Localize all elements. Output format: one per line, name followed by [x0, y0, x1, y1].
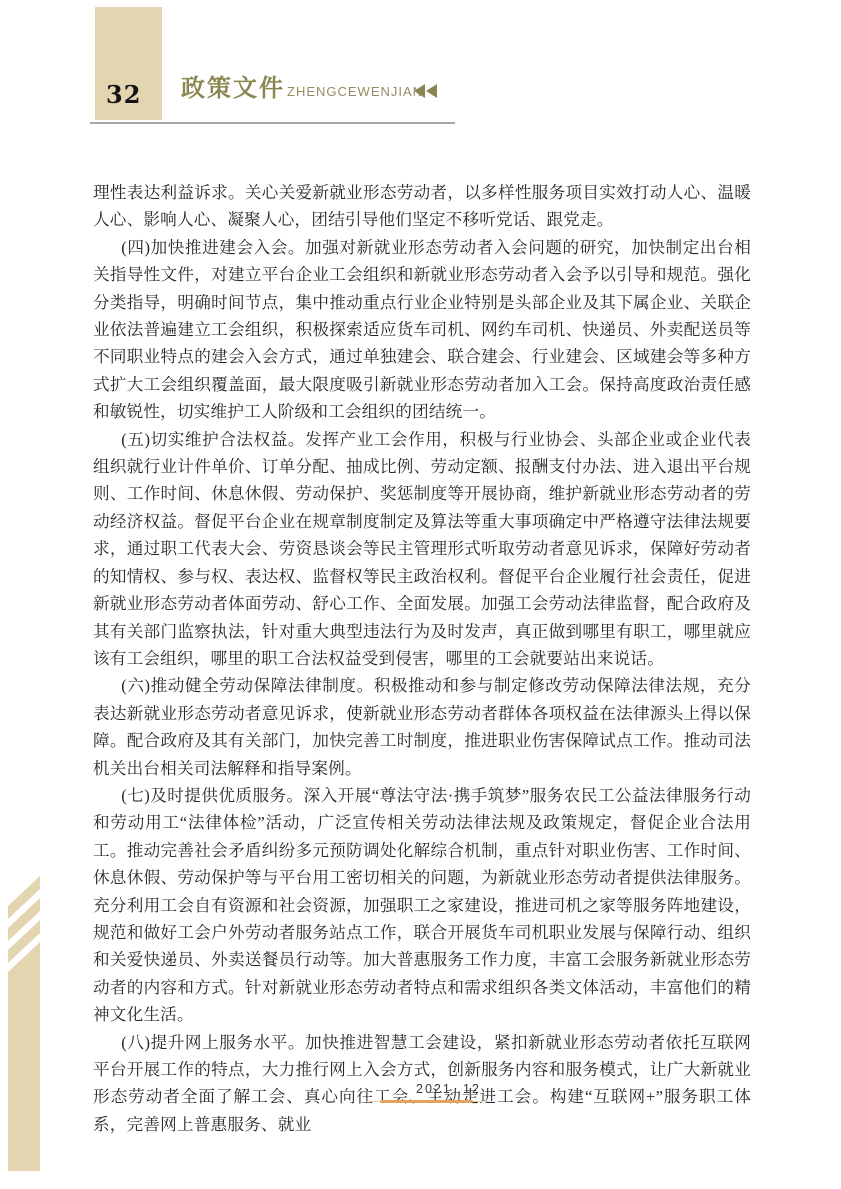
- footer-issue: 12: [463, 1082, 481, 1096]
- paragraph-item-5: (五)切实维护合法权益。发挥产业工会作用，积极与行业协会、头部企业或企业代表组织…: [93, 426, 751, 673]
- diagonal-stripes-decoration: [8, 876, 40, 1171]
- left-arrow-icon: [414, 84, 425, 98]
- document-page: 32 政策文件 ZHENGCEWENJIAN 理性表达利益诉求。关心关爱新就业形…: [0, 0, 841, 1189]
- page-number-block: 32: [95, 7, 162, 120]
- section-subtitle: ZHENGCEWENJIAN: [287, 84, 423, 99]
- header-rule: [90, 122, 455, 124]
- left-arrow-icon: [426, 84, 437, 98]
- paragraph-continuation: 理性表达利益诉求。关心关爱新就业形态劳动者，以多样性服务项目实效打动人心、温暖人…: [93, 179, 751, 234]
- double-left-arrow-icon: [414, 84, 437, 98]
- footer-year: 2021: [416, 1082, 452, 1096]
- paragraph-item-4: (四)加快推进建会入会。加强对新就业形态劳动者入会问题的研究，加快制定出台相关指…: [93, 234, 751, 426]
- footer-rule-thick-line: [380, 1100, 473, 1103]
- paragraph-item-7: (七)及时提供优质服务。深入开展“尊法守法·携手筑梦”服务农民工公益法律服务行动…: [93, 782, 751, 1029]
- paragraph-item-6: (六)推动健全劳动保障法律制度。积极推动和参与制定修改劳动保障法律法规，充分表达…: [93, 672, 751, 782]
- document-body: 理性表达利益诉求。关心关爱新就业形态劳动者，以多样性服务项目实效打动人心、温暖人…: [93, 179, 751, 1138]
- section-title: 政策文件: [181, 76, 285, 102]
- page-number: 32: [106, 80, 141, 109]
- footer-rule: [365, 1100, 486, 1104]
